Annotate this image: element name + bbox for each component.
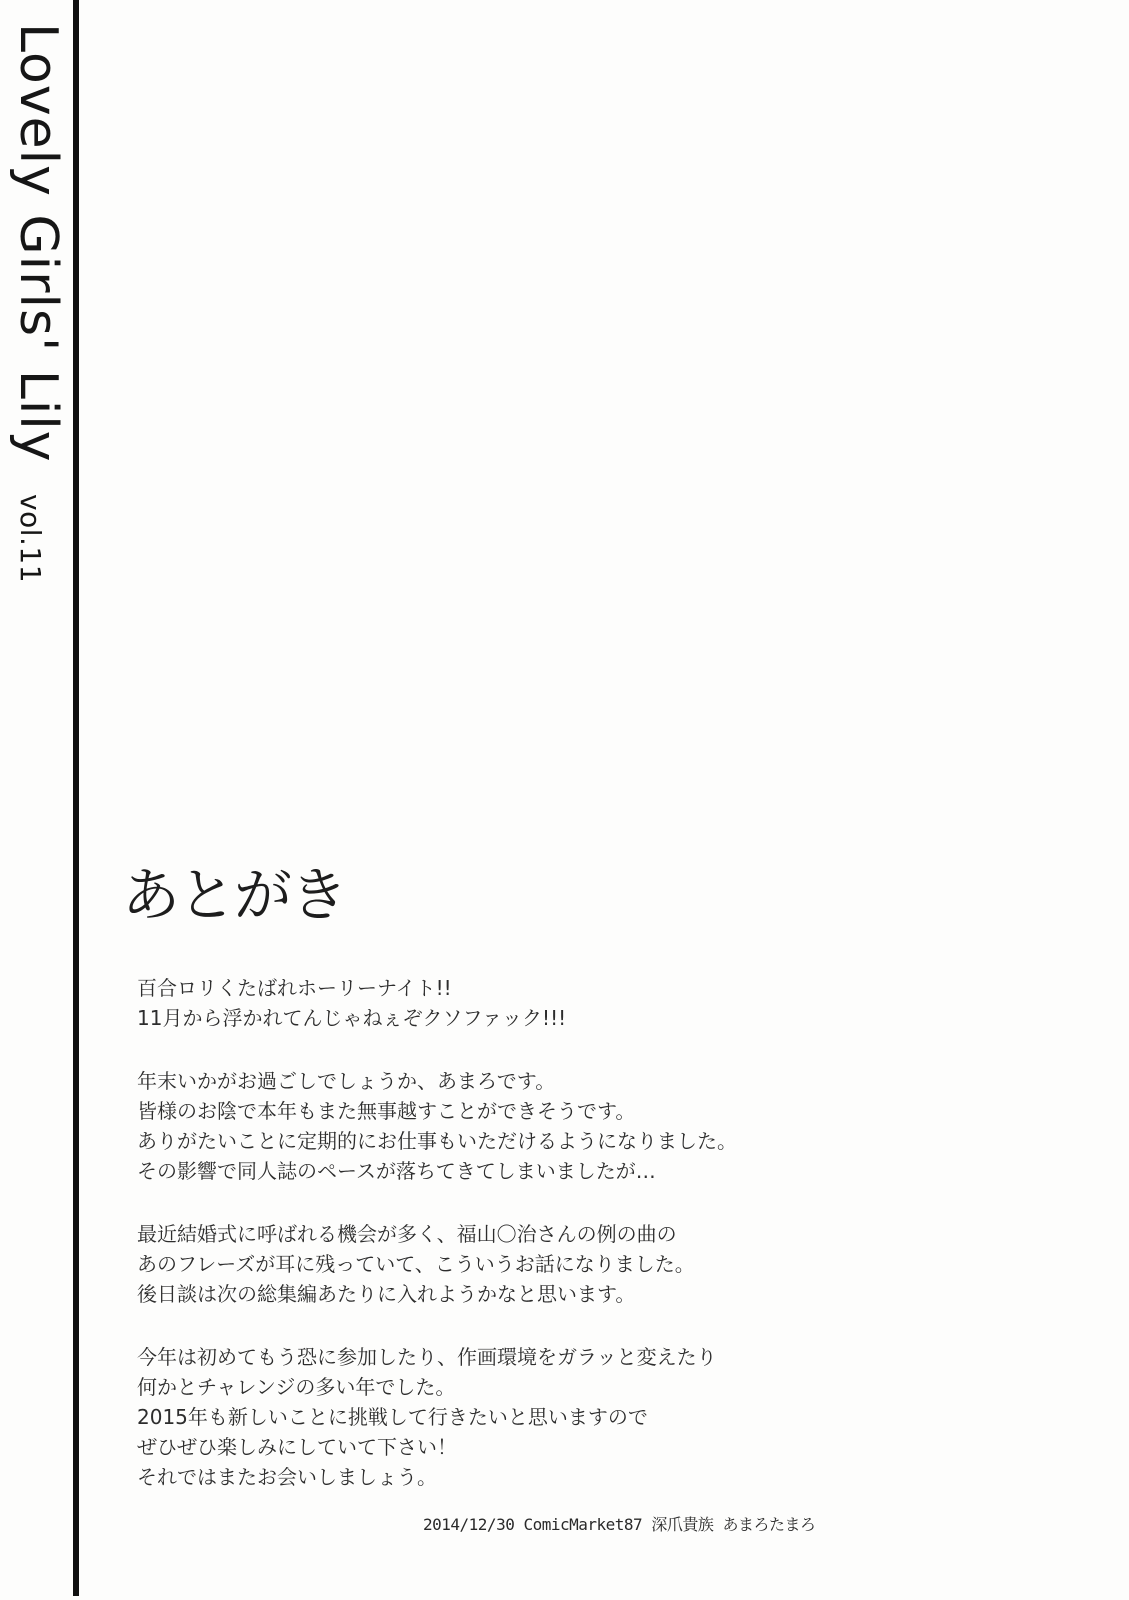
text-line: 今年は初めてもう恐に参加したり、作画環境をガラッと変えたり xyxy=(137,1345,717,1369)
text-line: ありがたいことに定期的にお仕事もいただけるようになりました。 xyxy=(137,1129,737,1153)
spine-volume-text: vol.11 xyxy=(14,494,47,583)
text-line: 百合ロリくたばれホーリーナイト!! xyxy=(137,976,452,1000)
text-line: 11月から浮かれてんじゃねぇぞクソファック!!! xyxy=(137,1006,566,1030)
spine-title: Lovely Girls' Lily vol.11 xyxy=(12,23,64,583)
paragraph-year-end-greeting: 年末いかがお過ごしでしょうか、あまろです。 皆様のお陰で本年もまた無事越すことが… xyxy=(137,1066,777,1186)
text-line: 最近結婚式に呼ばれる機会が多く、福山〇治さんの例の曲の xyxy=(137,1222,677,1246)
paragraph-closing: 今年は初めてもう恐に参加したり、作画環境をガラッと変えたり 何かとチャレンジの多… xyxy=(137,1342,777,1492)
text-line: 2015年も新しいことに挑戦して行きたいと思いますので xyxy=(137,1405,648,1429)
text-line: 後日談は次の総集編あたりに入れようかなと思います。 xyxy=(137,1282,635,1306)
afterword-heading: あとがき xyxy=(122,866,346,924)
paragraph-greeting-shout: 百合ロリくたばれホーリーナイト!! 11月から浮かれてんじゃねぇぞクソファック!… xyxy=(137,973,777,1033)
spine-title-text: Lovely Girls' Lily xyxy=(8,23,68,463)
spine-divider-bar xyxy=(73,0,79,1596)
paragraph-story-origin: 最近結婚式に呼ばれる機会が多く、福山〇治さんの例の曲の あのフレーズが耳に残って… xyxy=(137,1219,777,1309)
credit-line: 2014/12/30 ComicMarket87 深爪貴族 あまろたまろ xyxy=(423,1512,815,1535)
text-line: 年末いかがお過ごしでしょうか、あまろです。 xyxy=(137,1069,555,1093)
afterword-page: Lovely Girls' Lily vol.11 あとがき 百合ロリくたばれホ… xyxy=(0,0,1129,1600)
text-line: あのフレーズが耳に残っていて、こういうお話になりました。 xyxy=(137,1252,695,1276)
text-line: 皆様のお陰で本年もまた無事越すことができそうです。 xyxy=(137,1099,635,1123)
text-line: 何かとチャレンジの多い年でした。 xyxy=(137,1375,455,1399)
text-line: その影響で同人誌のペースが落ちてきてしまいましたが… xyxy=(137,1159,656,1183)
text-line: それではまたお会いしましょう。 xyxy=(137,1465,437,1489)
afterword-body: 百合ロリくたばれホーリーナイト!! 11月から浮かれてんじゃねぇぞクソファック!… xyxy=(137,973,777,1525)
text-line: ぜひぜひ楽しみにしていて下さい！ xyxy=(137,1435,457,1459)
